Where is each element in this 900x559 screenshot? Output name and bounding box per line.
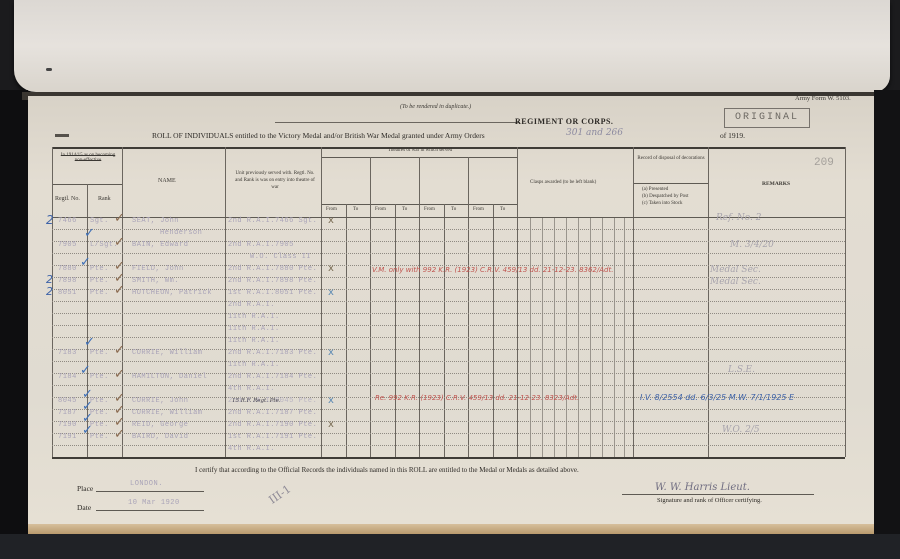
remark-pencil: Ref. No. 2	[716, 213, 761, 223]
regtl-no: 7905	[58, 241, 77, 249]
original-stamp: ORIGINAL	[724, 108, 810, 128]
soldier-name: HUTCHEON, Patrick	[132, 289, 212, 297]
checkmark-icon: ✓	[114, 212, 125, 225]
signature-line	[622, 494, 814, 495]
regtl-no: 8045	[58, 397, 77, 405]
remark-pencil: Medal Sec.	[710, 265, 761, 275]
unit: 2nd R.A.I.7898 Pte.	[228, 277, 317, 285]
soldier-name: HAMILTON, Daniel	[132, 373, 207, 381]
served-mark: x	[328, 396, 334, 406]
unit: 4th R.A.I.	[228, 385, 275, 393]
unit: 1st R.A.I.8051 Pte.	[228, 289, 317, 297]
row-remark-iv: I.V. 8/2554 dd. 6/3/25 M.W. 7/1/1925 E	[640, 393, 794, 402]
disposal-option-a: (a) Presented	[642, 187, 668, 192]
row-line	[52, 337, 845, 338]
regiment-label: REGIMENT OR CORPS.	[515, 117, 613, 126]
row-line	[52, 301, 845, 302]
unit: W.O. Class II	[250, 253, 311, 261]
soldier-name: FIELD, John	[132, 265, 184, 273]
soldier-name: BAIN, Edward	[132, 241, 188, 249]
book-edge-shadow	[874, 90, 900, 559]
unit: 11th R.A.I.	[228, 337, 280, 345]
grid-line	[633, 147, 634, 457]
page-mark-left	[55, 134, 69, 137]
desk-surface	[0, 534, 900, 559]
checkmark-icon: ✓	[114, 344, 125, 357]
row-line	[52, 313, 845, 314]
row-line	[52, 361, 845, 362]
unit: 2nd R.A.I.7184 Pte.	[228, 373, 317, 381]
checkmark-icon: ✓	[114, 236, 125, 249]
theatre4-from: From	[473, 207, 484, 212]
col-clasps: Clasps awarded (to be left blank)	[530, 180, 596, 185]
disposal-option-c: (c) Taken into Stock	[642, 201, 683, 206]
medal-roll-sheet	[28, 96, 874, 526]
theatre2-to: To	[402, 207, 407, 212]
col-rank: Rank	[98, 196, 111, 202]
regtl-no: 7187	[58, 409, 77, 417]
remark-pencil: Medal Sec.	[710, 277, 761, 287]
theatre1-to: To	[353, 207, 358, 212]
remark-pencil: L.S.E.	[728, 365, 755, 375]
regtl-no: 7191	[58, 433, 77, 441]
served-mark: x	[328, 348, 334, 358]
unit: 2nd R.A.I.7187 Pte.	[228, 409, 317, 417]
rank: Pte.	[90, 265, 109, 273]
row-note-vm-only: V.M. only with 992 K.R. (1923) C.R.V. 45…	[372, 266, 613, 274]
unit: 11th R.A.I.	[228, 325, 280, 333]
served-mark: x	[328, 288, 334, 298]
roll-title: ROLL OF INDIVIDUALS entitled to the Vict…	[152, 131, 485, 140]
unit: 2nd R.A.I.7466 Sgt.	[228, 217, 317, 225]
army-orders-number: 301 and 266	[566, 128, 623, 138]
year-text: of 1919.	[720, 131, 745, 140]
soldier-name: REID, George	[132, 421, 188, 429]
soldier-name: CURRIE, William	[132, 409, 203, 417]
date-label: Date	[77, 503, 91, 512]
row-line	[52, 445, 845, 446]
grid-line	[517, 147, 518, 457]
served-mark: x	[328, 264, 334, 274]
theatre4-to: To	[500, 207, 505, 212]
col-theatres: Theatres of war in which served	[322, 148, 518, 153]
row-unit-note: 15 R.F. Regt. Pte.	[232, 398, 281, 404]
officer-signature: W. W. Harris Lieut.	[655, 482, 750, 493]
soldier-name: BAIRD, David	[132, 433, 188, 441]
soldier-name: SMITH, Wm.	[132, 277, 179, 285]
checkmark-icon: ✓	[80, 256, 91, 269]
remark-pencil: W.O. 2/5	[722, 425, 760, 435]
book-binding	[0, 90, 28, 559]
col-name: NAME	[158, 178, 176, 184]
certification-text: I certify that according to the Official…	[195, 466, 579, 474]
grid-line	[419, 157, 420, 457]
soldier-name: CURRIE, John	[132, 397, 188, 405]
table-bottom-rule	[52, 457, 845, 459]
signature-caption: Signature and rank of Officer certifying…	[657, 497, 762, 504]
side-numeral: 2	[46, 213, 54, 227]
row-note-re-992: Re. 992 K.R. (1923) C.R.V. 459/13 dd. 21…	[375, 394, 579, 402]
unit: 4th R.A.I.	[228, 445, 275, 453]
side-numeral: 2	[46, 285, 53, 298]
grid-line	[52, 147, 53, 457]
date-line	[96, 510, 204, 511]
page-stack-edge	[28, 524, 874, 534]
duplicate-note: (To be rendered in duplicate.)	[400, 104, 471, 110]
checkmark-icon: ✓	[82, 424, 93, 437]
grid-line	[321, 147, 322, 457]
regtl-no: 7184	[58, 373, 77, 381]
soldier-name: Henderson	[160, 229, 202, 237]
disposal-option-b: (b) Despatched by Post	[642, 194, 689, 199]
previous-page-curl	[14, 0, 890, 92]
grid-line	[708, 147, 709, 457]
theatre3-to: To	[451, 207, 456, 212]
soldier-name: SEAT, John	[132, 217, 179, 225]
col-unit-previous: Unit previously served with. Regtl. No. …	[232, 170, 318, 191]
regiment-line	[275, 122, 520, 123]
rank: Pte.	[90, 349, 109, 357]
soldier-name: CURRIE, William	[132, 349, 203, 357]
theatre2-from: From	[375, 207, 386, 212]
served-mark: x	[328, 216, 334, 226]
regtl-no: 7190	[58, 421, 77, 429]
unit: 2nd R.A.I.7183 Pte.	[228, 349, 317, 357]
unit: 2nd R.A.I.7190 Pte.	[228, 421, 317, 429]
unit: 1st R.A.I.7191 Pte.	[228, 433, 317, 441]
regtl-no: 7183	[58, 349, 77, 357]
unit: 11th R.A.I.	[228, 361, 280, 369]
rank: Pte.	[90, 289, 109, 297]
regtl-no: 7898	[58, 277, 77, 285]
unit: 2nd R.A.I.7905	[228, 241, 294, 249]
place-line	[96, 491, 204, 492]
served-mark: x	[328, 420, 334, 430]
unit: 11th R.A.I.	[228, 313, 280, 321]
theatre3-from: From	[424, 207, 435, 212]
place-value: LONDON.	[130, 480, 163, 488]
remark-pencil: M. 3/4/20	[730, 240, 774, 250]
regtl-no: 8051	[58, 289, 77, 297]
row-line	[52, 385, 845, 386]
grid-line	[468, 157, 469, 457]
theatre1-from: From	[326, 207, 337, 212]
checkmark-icon: ✓	[84, 227, 95, 240]
col-disposal: Record of disposal of decorations	[636, 155, 706, 163]
checkmark-icon: ✓	[114, 428, 125, 441]
place-label: Place	[77, 484, 93, 493]
date-value: 10 Mar 1920	[128, 499, 180, 507]
page-mark	[46, 68, 52, 71]
grid-line	[370, 157, 371, 457]
form-number: Army Form W. 5103.	[795, 95, 851, 102]
left-header-note: In 1914/15 as on becoming non-effective	[56, 153, 120, 163]
row-line	[52, 253, 845, 254]
grid-line	[225, 147, 226, 457]
grid-line	[845, 147, 846, 457]
rank: Pte.	[90, 373, 109, 381]
regtl-no: 7466	[58, 217, 77, 225]
grid-line	[633, 183, 708, 184]
page-number: 209	[814, 157, 834, 169]
checkmark-icon: ✓	[80, 364, 91, 377]
unit: 2nd R.A.I.	[228, 301, 275, 309]
rank: Sgt.	[90, 217, 109, 225]
col-regtl-no: Regtl. No.	[55, 196, 80, 202]
row-line	[52, 325, 845, 326]
checkmark-icon: ✓	[114, 368, 125, 381]
checkmark-icon: ✓	[114, 284, 125, 297]
regtl-no: 7880	[58, 265, 77, 273]
checkmark-icon: ✓	[84, 336, 95, 349]
rank: Pte.	[90, 277, 109, 285]
col-remarks: REMARKS	[762, 181, 790, 187]
unit: 2nd R.A.I.7880 Pte.	[228, 265, 317, 273]
